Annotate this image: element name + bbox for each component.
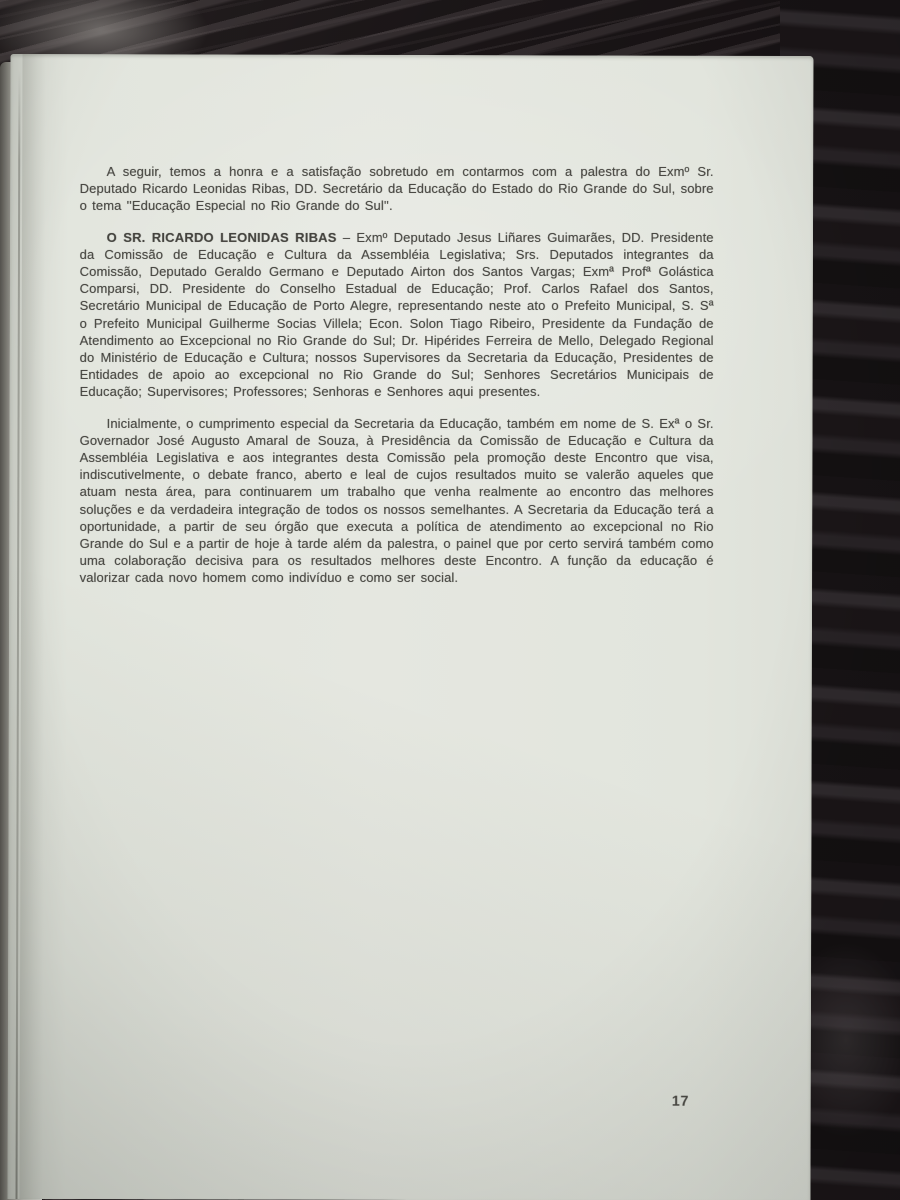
paragraph-intro: A seguir, temos a honra e a satisfação s… [80, 163, 714, 215]
speaker-name-bold: O SR. RICARDO LEONIDAS RIBAS [107, 230, 337, 245]
page-text-block: A seguir, temos a honra e a satisfação s… [80, 163, 714, 601]
paragraph-speaker-text: – Exmº Deputado Jesus Liñares Guimarães,… [80, 230, 714, 400]
paragraph-speech-text: Inicialmente, o cumprimento especial da … [80, 416, 714, 586]
paragraph-speech: Inicialmente, o cumprimento especial da … [80, 415, 714, 587]
paragraph-speaker: O SR. RICARDO LEONIDAS RIBAS – Exmº Depu… [80, 229, 714, 401]
page-gutter-shadow [20, 54, 49, 1199]
photo-scene: A seguir, temos a honra e a satisfação s… [0, 0, 900, 1200]
paragraph-intro-text: A seguir, temos a honra e a satisfação s… [80, 164, 714, 213]
book-page: A seguir, temos a honra e a satisfação s… [8, 54, 814, 1200]
page-number: 17 [672, 1094, 689, 1110]
